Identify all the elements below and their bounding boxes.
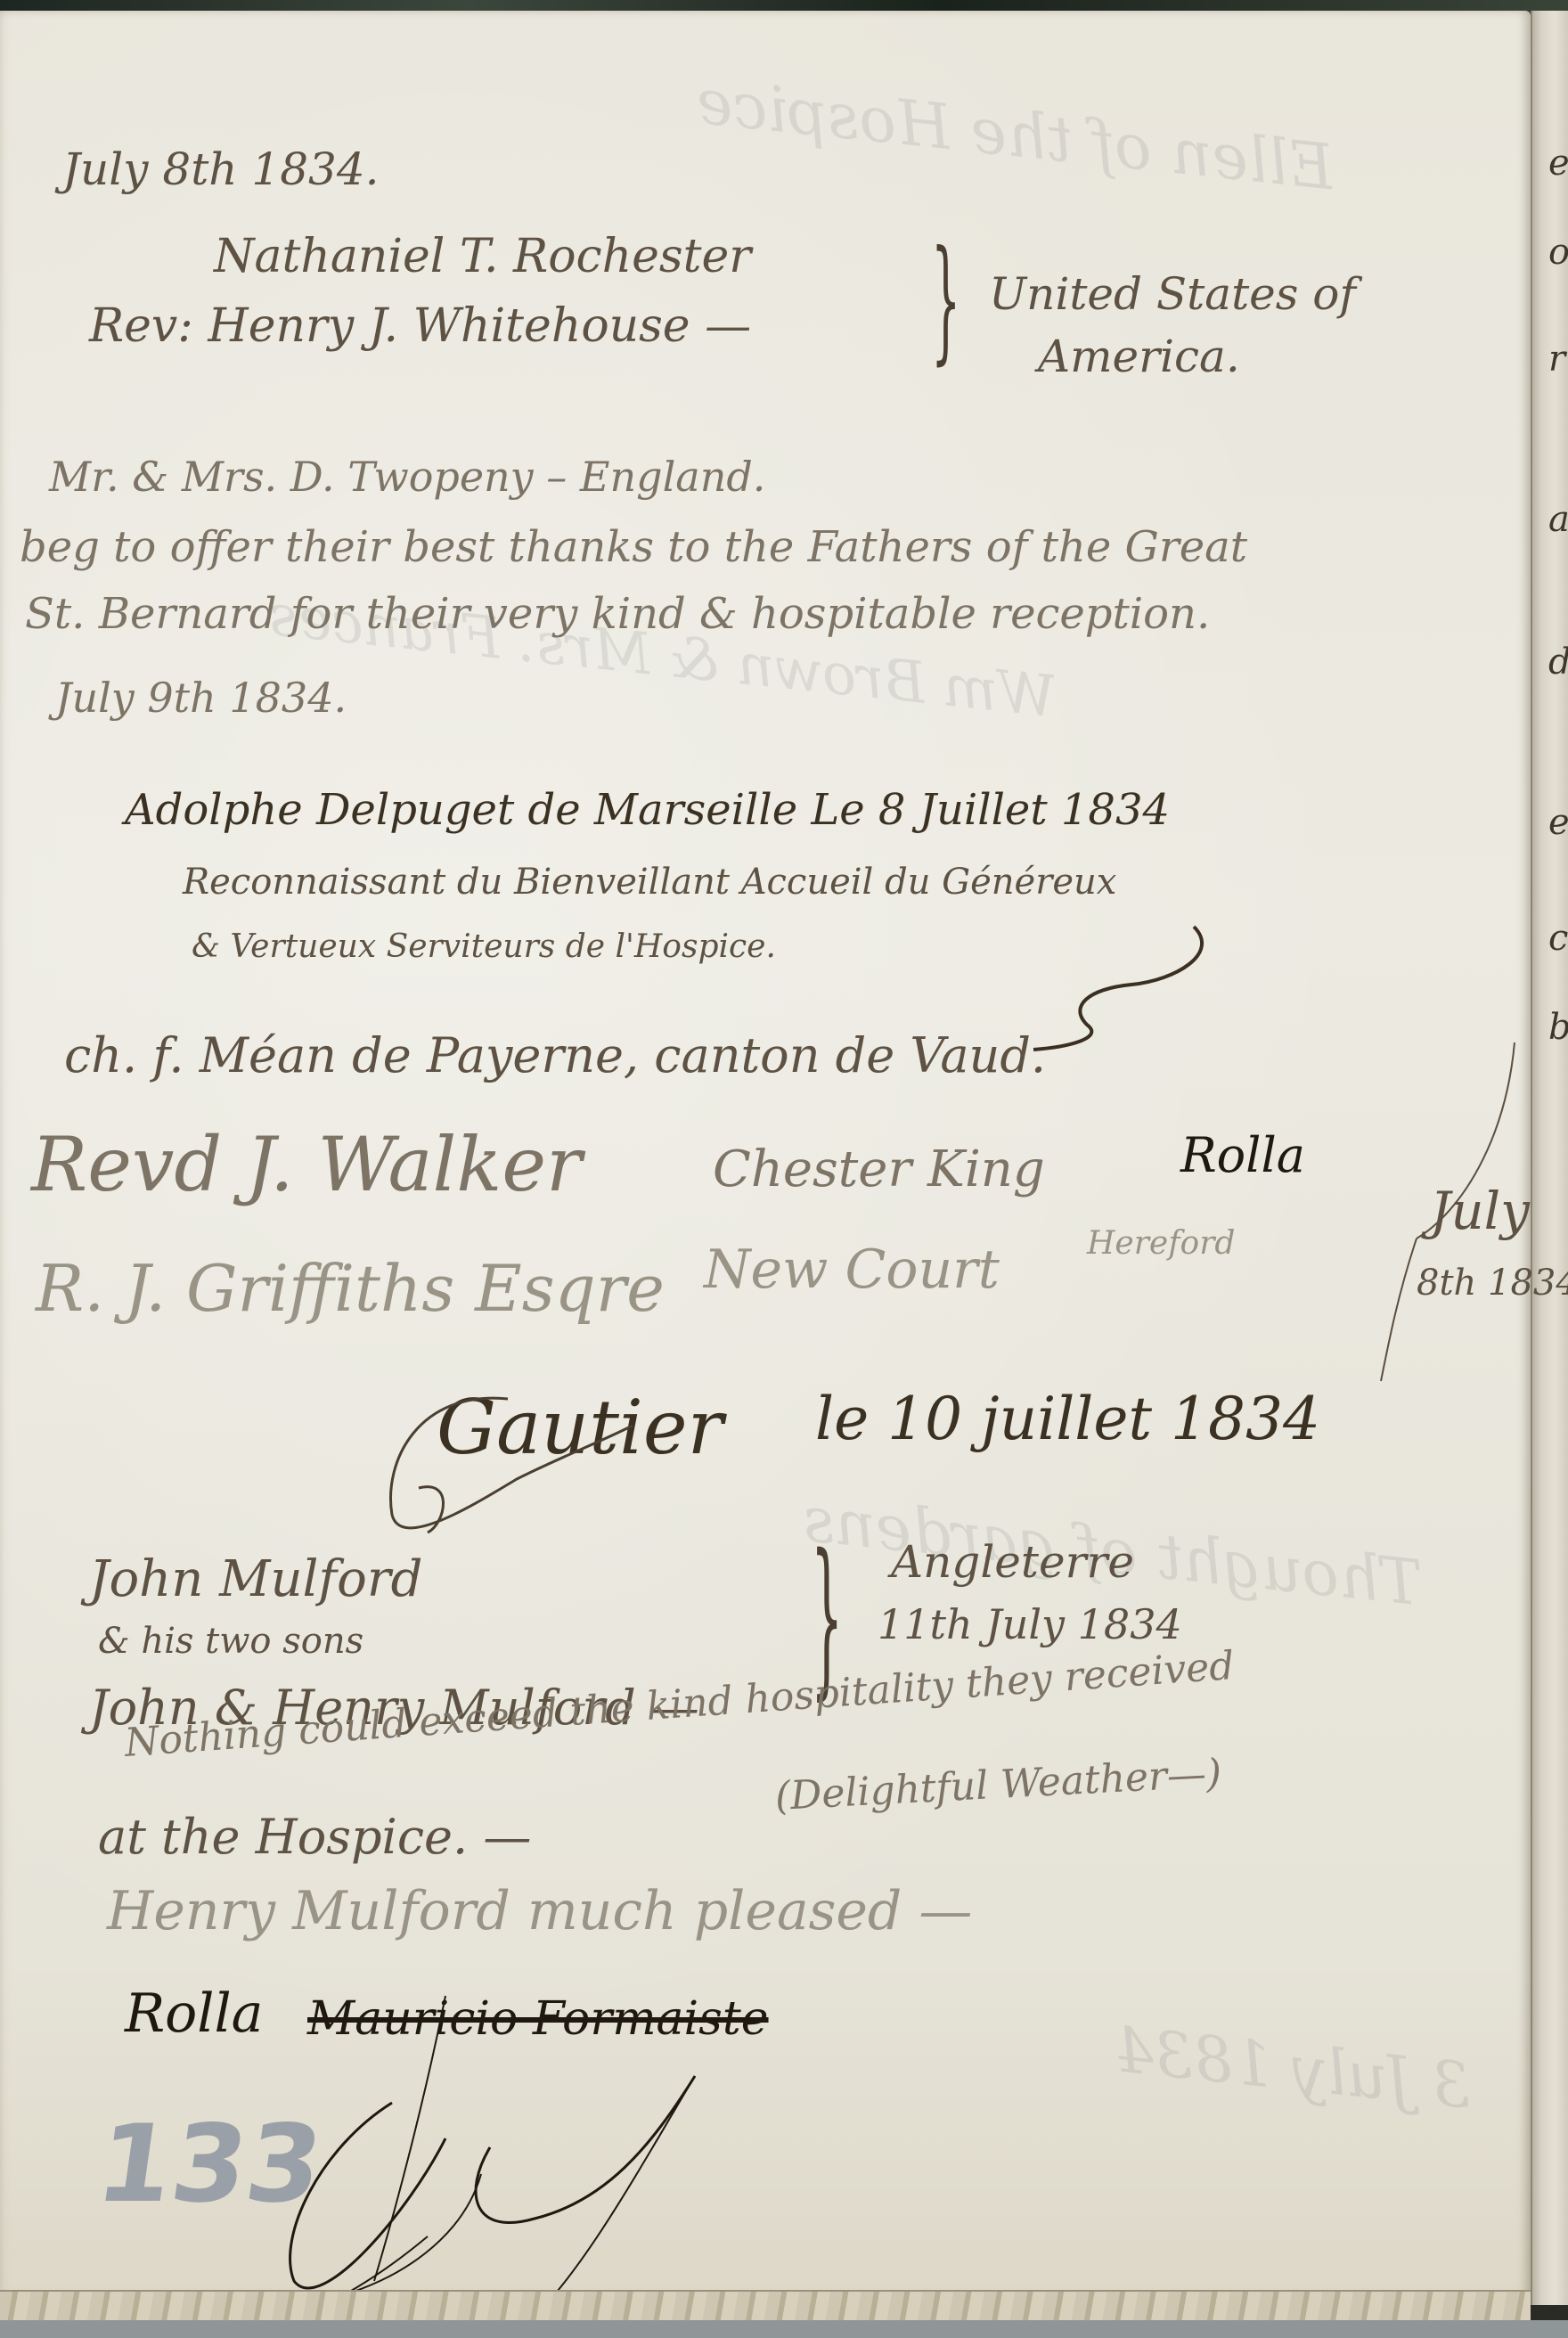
signature-flourish-icon: [365, 1372, 650, 1541]
visitor-origin: United States of: [989, 272, 1356, 316]
entry-remark: at the Hospice. —: [98, 1813, 531, 1861]
entry-text: beg to offer their best thanks to the Fa…: [20, 526, 1247, 568]
signature: Rolla: [1180, 1132, 1305, 1180]
margin-fragment: a: [1548, 499, 1568, 540]
signature: Rolla: [125, 1987, 263, 2040]
visitor-name: Rev: Henry J. Whitehouse —: [89, 303, 751, 349]
margin-fragment: c: [1548, 918, 1568, 959]
margin-fragment: e: [1548, 802, 1568, 843]
margin-fragment: o: [1548, 232, 1568, 273]
visitor-name: John Mulford: [89, 1555, 422, 1605]
page-number: 133: [91, 2112, 329, 2219]
entry-text: & Vertueux Serviteurs de l'Hospice.: [192, 931, 776, 963]
visitor-name: Mr. & Mrs. D. Twopeny – England.: [49, 456, 765, 497]
entry-date: July 8th 1834.: [62, 147, 380, 192]
visitor-name: Revd J. Walker: [31, 1127, 582, 1202]
visitor-place: New Court: [704, 1243, 1000, 1296]
visitor-name: Adolphe Delpuget de Marseille Le 8 Juill…: [125, 789, 1170, 831]
visitor-origin: Angleterre: [891, 1540, 1134, 1584]
visitor-name: Nathaniel T. Rochester: [214, 233, 751, 280]
entry-text: St. Bernard for their very kind & hospit…: [25, 593, 1210, 635]
visitor-name: ch. f. Méan de Payerne, canton de Vaud.: [64, 1032, 1046, 1080]
entry-date: July 9th 1834.: [55, 677, 347, 718]
entry-text: Reconnaissant du Bienveillant Accueil du…: [183, 864, 1116, 900]
visitor-name: R. J. Griffiths Esqre: [36, 1256, 665, 1320]
bracket-flourish-icon: [1363, 1034, 1541, 1390]
margin-fragment: e: [1548, 143, 1568, 184]
margin-fragment: d: [1548, 642, 1568, 683]
visitor-place: Chester King: [713, 1145, 1045, 1195]
entry-date: 11th July 1834: [878, 1604, 1182, 1645]
entry-date: le 10 juillet 1834: [815, 1390, 1320, 1449]
place-annotation: Hereford: [1087, 1228, 1235, 1260]
margin-fragment: b: [1548, 1007, 1568, 1048]
monogram-flourish-icon: [267, 1942, 766, 2317]
brace-icon: }: [931, 233, 960, 367]
entry-postscript: Henry Mulford much pleased —: [107, 1884, 972, 1938]
scan-background: [0, 2320, 1568, 2338]
margin-fragment: r: [1548, 339, 1565, 380]
visitor-origin: America.: [1038, 334, 1240, 379]
visitor-name: & his two sons: [98, 1623, 363, 1659]
